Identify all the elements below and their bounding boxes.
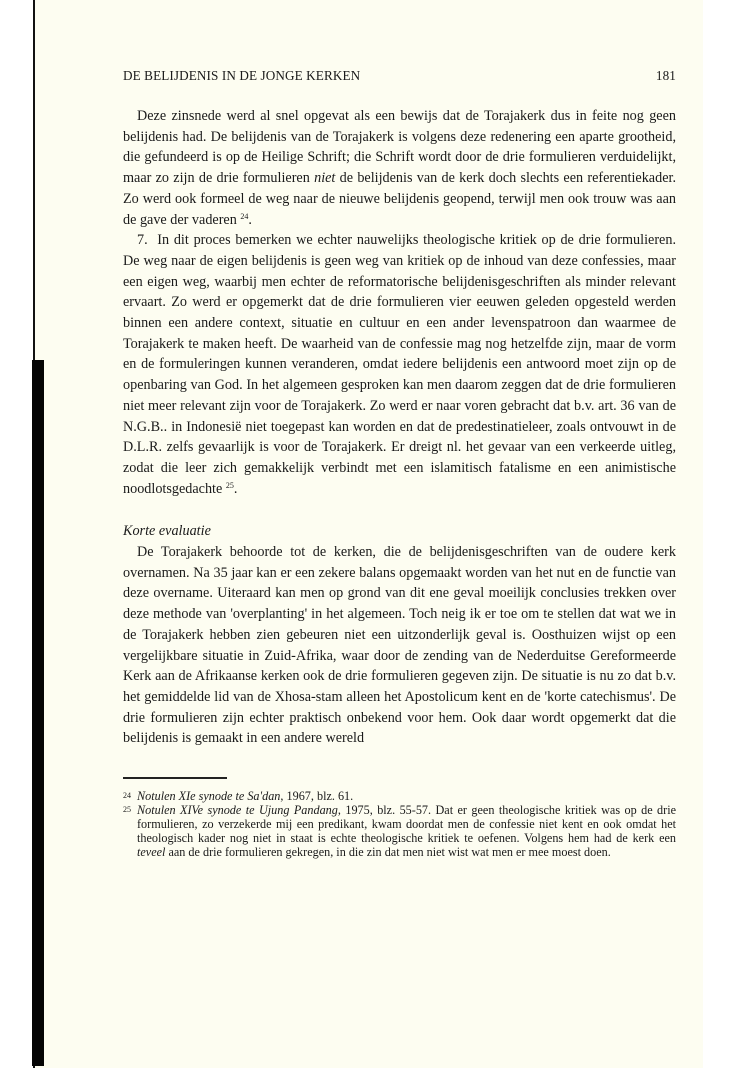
footnote-number: 24 (123, 789, 131, 803)
page-content: DE BELIJDENIS IN DE JONGE KERKEN 181 Dez… (123, 68, 676, 860)
footnote-reference: 25 (226, 481, 234, 490)
footnote-text: Notulen XIe synode te Sa'dan, 1967, blz.… (137, 789, 353, 803)
footnote-24: 24 Notulen XIe synode te Sa'dan, 1967, b… (123, 789, 676, 803)
footnote-text: Notulen XIVe synode te Ujung Pandang, 19… (137, 803, 676, 860)
italic-text: niet (314, 170, 335, 186)
footnote-25: 25 Notulen XIVe synode te Ujung Pandang,… (123, 803, 676, 860)
italic-text: teveel (137, 845, 165, 859)
page-number: 181 (656, 68, 676, 84)
text-run: 7. In dit proces bemerken we echter nauw… (123, 232, 676, 496)
italic-text: Notulen XIVe synode te Ujung Pandang (137, 803, 338, 817)
paragraph: 7. In dit proces bemerken we echter nauw… (123, 230, 676, 499)
footnotes: 24 Notulen XIe synode te Sa'dan, 1967, b… (123, 789, 676, 860)
body-text: Deze zinsnede werd al snel opgevat als e… (123, 106, 676, 749)
running-head: DE BELIJDENIS IN DE JONGE KERKEN 181 (123, 68, 676, 88)
text-run: . (248, 212, 252, 228)
italic-text: Notulen XIe synode te Sa'dan (137, 789, 280, 803)
paragraph: Deze zinsnede werd al snel opgevat als e… (123, 106, 676, 230)
text-run: aan de drie formulieren gekregen, in die… (165, 845, 610, 859)
text-run: De Torajakerk behoorde tot de kerken, di… (123, 544, 676, 746)
section-heading: Korte evaluatie (123, 521, 676, 542)
binding-shadow (32, 360, 44, 1066)
paragraph: De Torajakerk behoorde tot de kerken, di… (123, 542, 676, 749)
running-head-title: DE BELIJDENIS IN DE JONGE KERKEN (123, 68, 360, 84)
text-run: . (234, 481, 238, 497)
book-page: DE BELIJDENIS IN DE JONGE KERKEN 181 Dez… (35, 0, 703, 1068)
text-run: , 1967, blz. 61. (280, 789, 353, 803)
footnote-number: 25 (123, 803, 131, 817)
footnote-separator (123, 777, 227, 779)
